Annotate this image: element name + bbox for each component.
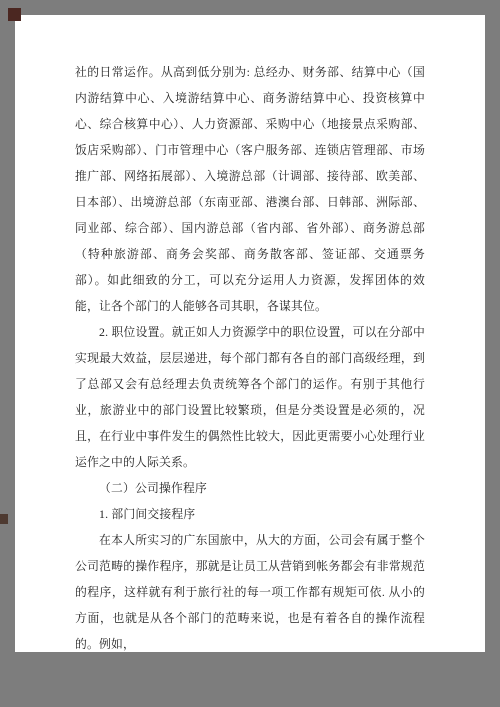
scan-artifact-topleft bbox=[8, 8, 21, 21]
scan-artifact-leftedge bbox=[0, 514, 8, 524]
paragraph-departments: 社的日常运作。从高到低分别为: 总经办、财务部、结算中心（国内游结算中心、入境游… bbox=[75, 59, 425, 319]
paragraph-procedures: 在本人所实习的广东国旅中，从大的方面，公司会有属于整个公司范畴的操作程序，那就是… bbox=[75, 527, 425, 657]
document-page: 社的日常运作。从高到低分别为: 总经办、财务部、结算中心（国内游结算中心、入境游… bbox=[15, 15, 485, 652]
subsection-heading-handover: 1. 部门间交接程序 bbox=[75, 501, 425, 527]
section-heading-operations: （二）公司操作程序 bbox=[75, 475, 425, 501]
page-background: 社的日常运作。从高到低分别为: 总经办、财务部、结算中心（国内游结算中心、入境游… bbox=[0, 0, 500, 707]
document-content: 社的日常运作。从高到低分别为: 总经办、财务部、结算中心（国内游结算中心、入境游… bbox=[75, 59, 425, 657]
paragraph-positions: 2. 职位设置。就正如人力资源学中的职位设置，可以在分部中实现最大效益，层层递进… bbox=[75, 319, 425, 475]
